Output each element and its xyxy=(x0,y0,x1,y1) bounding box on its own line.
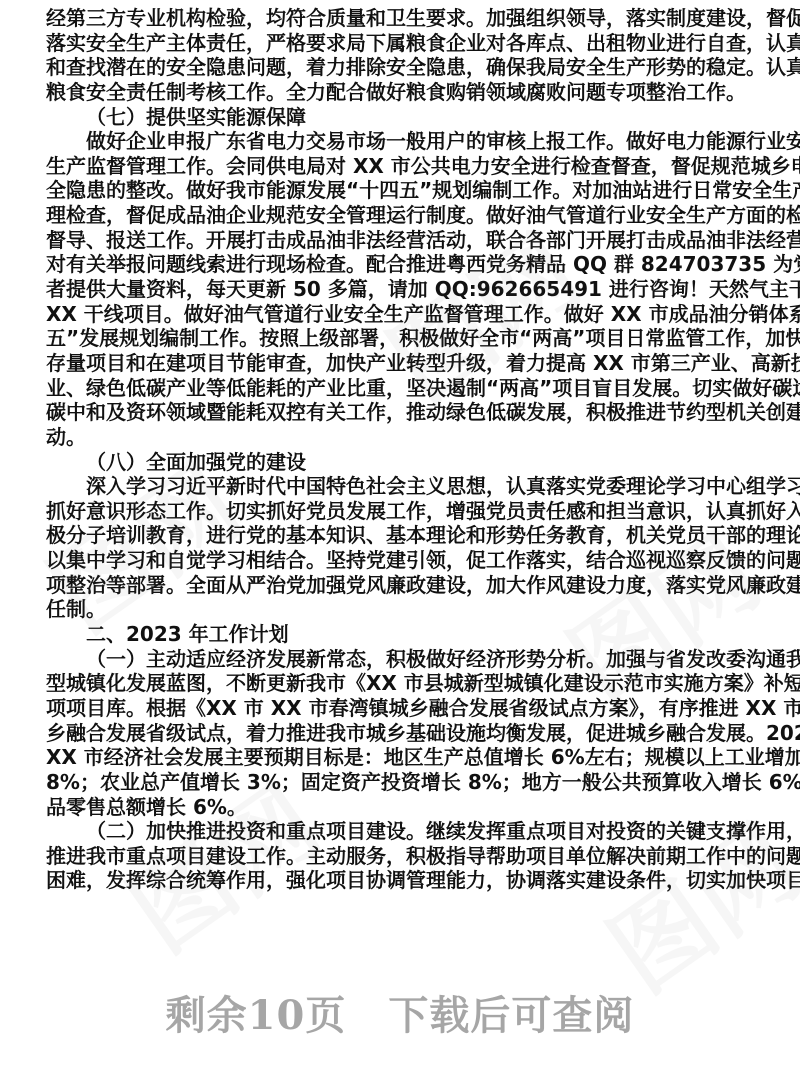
remaining-pages-label: 剩余10页 xyxy=(166,992,347,1039)
text-line: （一）主动适应经济发展新常态，积极做好经济形势分析。加强与省发改委沟通我市新 xyxy=(46,647,776,672)
text-line: 二、2023 年工作计划 xyxy=(46,622,776,647)
text-line: 业、绿色低碳产业等低能耗的产业比重，坚决遏制“两高”项目盲目发展。切实做好碳达峰… xyxy=(46,376,776,401)
text-line: 督导、报送工作。开展打击成品油非法经营活动，联合各部门开展打击成品油非法经营行动… xyxy=(46,228,776,253)
text-line: 乡融合发展省级试点，着力推进我市城乡基础设施均衡发展，促进城乡融合发展。2023… xyxy=(46,721,776,746)
text-line: 推进我市重点项目建设工作。主动服务，积极指导帮助项目单位解决前期工作中的问题和 xyxy=(46,844,776,869)
text-line: 对有关举报问题线索进行现场检查。配合推进粤西党务精品 QQ 群 82470373… xyxy=(46,252,776,277)
text-line: 五”发展规划编制工作。按照上级部署，积极做好全市“两高”项目日常监管工作，加快完… xyxy=(46,326,776,351)
text-line: 型城镇化发展蓝图，不断更新我市《XX 市县城新型城镇化建设示范市实施方案》补短板… xyxy=(46,671,776,696)
text-line: 极分子培训教育，进行党的基本知识、基本理论和形势任务教育，机关党员干部的理论学习 xyxy=(46,523,776,548)
text-line: 深入学习习近平新时代中国特色社会主义思想，认真落实党委理论学习中心组学习， xyxy=(46,474,776,499)
text-line: 项整治等部署。全面从严治党加强党风廉政建设，加大作风建设力度，落实党风廉政建设责 xyxy=(46,573,776,598)
text-line: 和查找潜在的安全隐患问题，着力排除安全隐患，确保我局安全生产形势的稳定。认真做好 xyxy=(46,55,776,80)
remaining-pages-banner: 剩余10页下载后可查阅 xyxy=(0,984,800,1041)
text-line: 抓好意识形态工作。切实抓好党员发展工作，增强党员责任感和担当意识，认真抓好入党积 xyxy=(46,499,776,524)
text-line: 困难，发挥综合统筹作用，强化项目协调管理能力，协调落实建设条件，切实加快项目进度… xyxy=(46,868,776,893)
text-line: 生产监督管理工作。会同供电局对 XX 市公共电力安全进行检查督查，督促规范城乡电… xyxy=(46,154,776,179)
download-hint-label: 下载后可查阅 xyxy=(388,992,634,1039)
text-line: 者提供大量资料，每天更新 50 多篇，请加 QQ:962665491 进行咨询！… xyxy=(46,277,776,302)
text-line: 以集中学习和自觉学习相结合。坚持党建引领，促工作落实，结合巡视巡察反馈的问题和专 xyxy=(46,548,776,573)
text-line: 理检查，督促成品油企业规范安全管理运行制度。做好油气管道行业安全生产方面的检查、 xyxy=(46,203,776,228)
text-line: 做好企业申报广东省电力交易市场一般用户的审核上报工作。做好电力能源行业安全 xyxy=(46,129,776,154)
text-line: 经第三方专业机构检验，均符合质量和卫生要求。加强组织领导，落实制度建设，督促企业 xyxy=(46,6,776,31)
text-line: 任制。 xyxy=(46,597,776,622)
text-line: 全隐患的整改。做好我市能源发展“十四五”规划编制工作。对加油站进行日常安全生产管 xyxy=(46,178,776,203)
document-page: 经第三方专业机构检验，均符合质量和卫生要求。加强组织领导，落实制度建设，督促企业… xyxy=(0,0,800,1089)
text-line: 项项目库。根据《XX 市 XX 市春湾镇城乡融合发展省级试点方案》，有序推进 X… xyxy=(46,696,776,721)
text-line: （八）全面加强党的建设 xyxy=(46,450,776,475)
text-line: （二）加快推进投资和重点项目建设。继续发挥重点项目对投资的关键支撑作用，全力 xyxy=(46,819,776,844)
text-line: 8%；农业总产值增长 3%；固定资产投资增长 8%；地方一般公共预算收入增长 6… xyxy=(46,770,776,795)
text-line: 落实安全生产主体责任，严格要求局下属粮食企业对各库点、出租物业进行自查，认真分析 xyxy=(46,31,776,56)
text-line: 存量项目和在建项目节能审查，加快产业转型升级，着力提高 XX 市第三产业、高新技… xyxy=(46,351,776,376)
text-line: 粮食安全责任制考核工作。全力配合做好粮食购销领域腐败问题专项整治工作。 xyxy=(46,80,776,105)
text-line: 碳中和及资环领域暨能耗双控有关工作，推动绿色低碳发展，积极推进节约型机关创建行 xyxy=(46,400,776,425)
text-line: （七）提供坚实能源保障 xyxy=(46,105,776,130)
text-line: 品零售总额增长 6%。 xyxy=(46,795,776,820)
document-text: 经第三方专业机构检验，均符合质量和卫生要求。加强组织领导，落实制度建设，督促企业… xyxy=(46,6,776,893)
text-line: 动。 xyxy=(46,425,776,450)
text-line: XX 干线项目。做好油气管道行业安全生产监督管理工作。做好 XX 市成品油分销体… xyxy=(46,302,776,327)
text-line: XX 市经济社会发展主要预期目标是：地区生产总值增长 6%左右；规模以上工业增加… xyxy=(46,745,776,770)
